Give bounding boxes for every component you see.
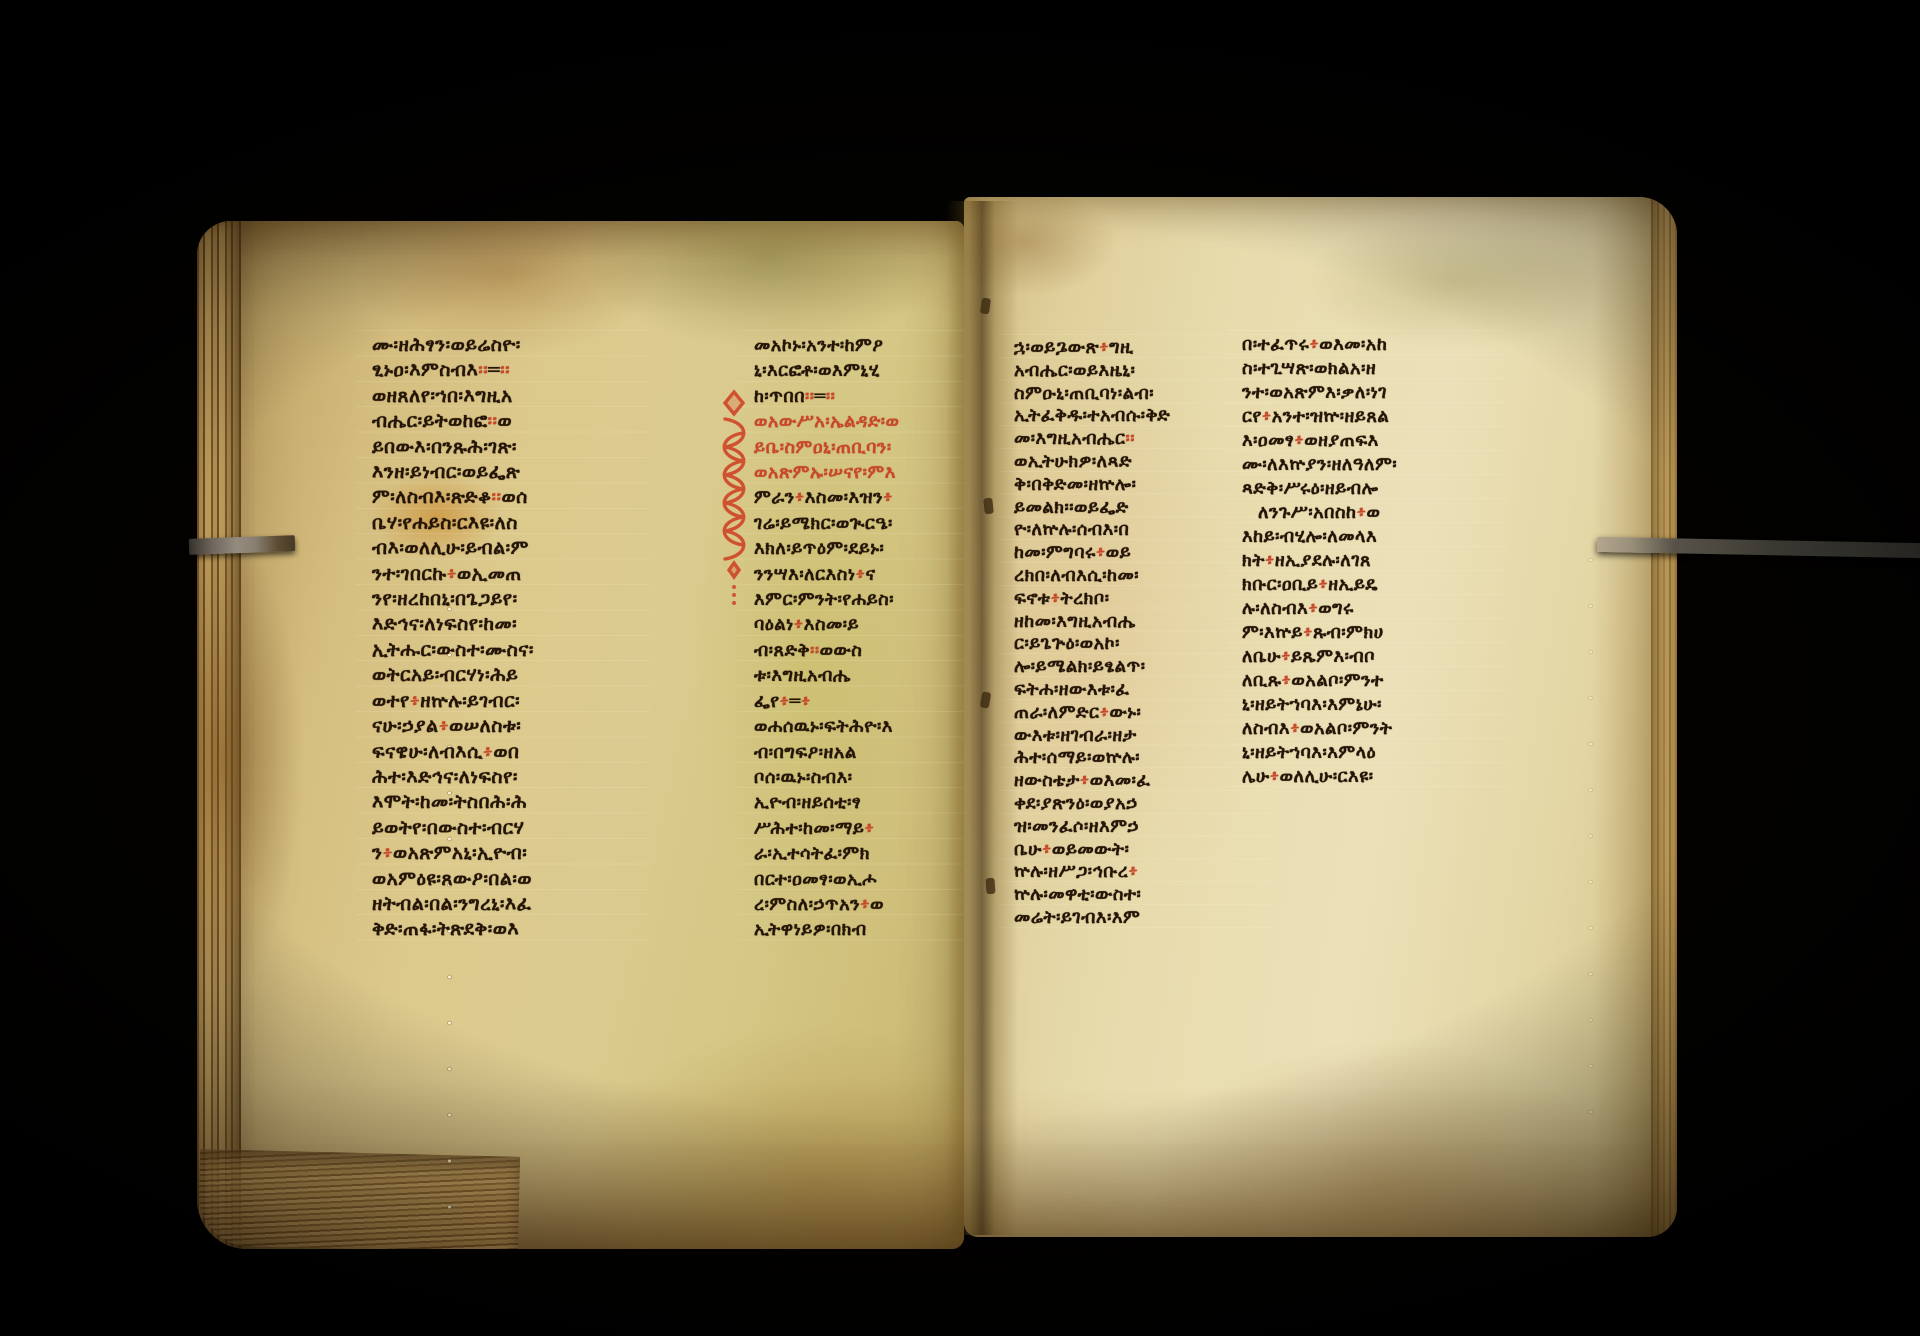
text-line: ሙ፡ለእኵያን፡ዘለዓለም፡	[1242, 453, 1490, 477]
text-column-left-2: መአኮኑ፡አንተ፡ከምዖኒ፡እርፎቶ፡ወእምኒሂከ፡ጥበበ፡፡═፡፡ወአውሥአ፡…	[754, 333, 964, 943]
text-line: ገሬ፡ይሜክር፡ወጒርዔ፡	[754, 511, 964, 536]
rubric-ink-text: ፥	[1303, 622, 1313, 643]
black-ink-text: ፍትሐ፡ዘውእቱ፡ፈ	[1014, 679, 1129, 700]
text-line: ኒ፡ዘይትኀባእ፡እምኔሁ፡	[1242, 693, 1490, 717]
rubric-ink-text: ፥	[483, 741, 494, 763]
black-ink-text: ጻድቅ፡ሥሩዕ፡ዘይብሎ	[1242, 478, 1378, 499]
text-line: ኒ፡ዘይትኀባእ፡እምላዕ	[1242, 741, 1490, 765]
rubric-ink-text: ፥	[1309, 334, 1319, 355]
text-line: በርተ፡ዐመፃ፡ወኢሖ	[754, 867, 964, 892]
text-line: ቱ፡እግዚአብሔ	[754, 663, 964, 688]
rubric-ink-text: ፡፡	[826, 386, 836, 407]
rubric-ink-text: ወአጽምኡ፡ሠናየ፡ምእ	[754, 462, 896, 483]
black-ink-text: ኒ፡ዘይትኀባእ፡እምላዕ	[1242, 742, 1376, 763]
black-ink-text: ወ	[1366, 502, 1380, 523]
text-line: ውእቱ፡ዘገብራ፡ዘታ	[1014, 725, 1256, 748]
rubric-ink-text: ፥	[860, 894, 870, 915]
text-line: ሕተ፡ሰማይ፡ወኵሉ፡	[1014, 747, 1256, 770]
black-ink-text: ም፡ለስብእ፡ጽድቆ	[372, 486, 491, 508]
right-page: ኋ፡ወይጔውጽ፥ግዚአብሔር፡ወይእዜኒ፡ስምዑኒ፡ጠቢባነ፡ልብ፡ኢትፈቅዱ፡…	[964, 197, 1677, 1237]
text-line: ይወትየ፡በውስተ፡ብርሃ	[372, 816, 634, 841]
rubric-ink-text: ፥	[883, 487, 893, 508]
black-ink-text: መሬት፡ይገብእ፡እም	[1014, 907, 1140, 928]
text-line: ከ፡ጥበበ፡፡═፡፡	[754, 384, 964, 409]
black-ink-text: ዝ፡መንፈሶ፡ዘእምኃ	[1014, 816, 1139, 837]
black-ink-text: ወኢትሁክዎ፡ለጻድ	[1014, 451, 1132, 472]
black-ink-text: ቤሁ	[1014, 839, 1042, 860]
black-ink-text: ና	[865, 564, 875, 585]
text-line: ኢዮብ፡ዘይሰቲ፡ፃ	[754, 790, 964, 815]
text-line: ወአምዕዩ፡ጸውዖ፡በል፡ወ	[372, 867, 634, 892]
black-ink-text: ይወትየ፡በውስተ፡ብርሃ	[372, 817, 524, 839]
black-ink-text: ወሐሰዉኑ፡ፍትሕዮ፡እ	[754, 716, 893, 737]
black-ink-text: ስ፡ተጊሣጽ፡ወክልአ፡ዘ	[1242, 358, 1376, 379]
black-ink-text: ዘኢይዴ	[1328, 574, 1378, 595]
text-line: ኢትፈቅዱ፡ተአብሱ፡ቅድ	[1014, 405, 1256, 428]
black-ink-text: ═	[488, 359, 500, 381]
text-line: ም፡እኵይ፥ጹብ፡ምክሀ	[1242, 621, 1490, 645]
text-line: ወትርአይ፡ብርሃነ፡ሕይ	[372, 663, 634, 688]
text-line: ቤሁ፥ወይመውት፡	[1014, 839, 1256, 862]
black-ink-text: ዘከመ፡እግዚአብሔ	[1014, 611, 1136, 632]
black-ink-text: እምር፡ምንት፡የሐይስ፡	[754, 589, 894, 610]
black-ink-text: ግዚ	[1109, 337, 1133, 358]
black-ink-text: ይበውእ፡በንጹሕ፡ገጽ፡	[372, 436, 517, 458]
black-ink-text: ፌየ	[754, 691, 780, 712]
black-ink-text: ═	[790, 691, 801, 712]
text-line: ቤሃ፡የሐይስ፡ርእዩ፡ለስ	[372, 511, 634, 536]
text-line: ሕተ፡እድኅና፡ለነፍስየ፡	[372, 765, 634, 790]
text-line: ጻድቅ፡ሥሩዕ፡ዘይብሎ	[1242, 477, 1490, 501]
text-line: ወኢትሁክዎ፡ለጻድ	[1014, 451, 1256, 474]
black-ink-text: እክለ፡ይጥዕም፡ደይኑ፡	[754, 538, 884, 559]
black-ink-text: ንተ፡ገበርኩ	[372, 563, 446, 585]
sewing-thread-mark	[985, 878, 995, 895]
black-ink-text: ሙ፡ለእኵያን፡ዘለዓለም፡	[1242, 454, 1397, 475]
text-line: ሙ፡ዘሕፃን፡ወይሬስዮ፡	[372, 333, 634, 358]
black-ink-text: ወ	[870, 894, 884, 915]
black-ink-text: እሞት፡ከመ፡ትስበሕ፡ሕ	[372, 791, 527, 813]
black-ink-text: ወእመ፡አከ	[1319, 334, 1387, 355]
rubric-ink-text: ይቤ፡ስምዐኒ፡ጠቢባን፡	[754, 437, 892, 458]
text-line: ስምዑኒ፡ጠቢባነ፡ልብ፡	[1014, 383, 1256, 406]
text-line: ንየ፡ዘረከበኒ፡በጌጋይየ፡	[372, 587, 634, 612]
text-line: ረ፡ምስለ፡ኃጥአን፥ወ	[754, 892, 964, 917]
text-line: ዘትብል፡በል፡ንግረኒ፡እፈ	[372, 892, 634, 917]
text-line: ራ፡ኢተሳትፈ፡ምክ	[754, 841, 964, 866]
red-chain-section-divider-ornament	[715, 389, 753, 609]
rubric-ink-text: ፥	[1281, 646, 1291, 667]
black-ink-text: ወውስ	[820, 640, 863, 661]
rubric-ink-text: ፥	[1099, 702, 1109, 723]
black-ink-text: ለቤሁ	[1242, 646, 1281, 667]
black-ink-text: እስመ፡ይ	[804, 614, 859, 635]
text-line: ንተ፡ወአጽምእ፡ቃለ፡ነገ	[1242, 381, 1490, 405]
black-ink-text: ብእ፡ወለሊሁ፡ይብል፡ም	[372, 537, 529, 559]
text-line: ለቤሁ፥ይጼምእ፡ብቦ	[1242, 645, 1490, 669]
rubric-ink-text: ወአውሥአ፡ኤልዳድ፡ወ	[754, 411, 899, 432]
black-ink-text: ዮ፡ለኵሉ፡ሰብእ፡በ	[1014, 519, 1129, 540]
black-ink-text: ወተየ	[372, 690, 410, 712]
text-line: እ፡ዐመፃ፥ወዘያጠፍእ	[1242, 429, 1490, 453]
rubric-ink-text: ፡፡	[500, 359, 510, 381]
black-ink-text: አብሔር፡ወይእዜኒ፡	[1014, 360, 1135, 381]
rubric-ink-text: ፥	[382, 842, 393, 864]
black-ink-text: ለስብእ	[1242, 718, 1290, 739]
black-ink-text: ፍኖቱ	[1014, 588, 1050, 609]
rubric-ink-text: ፥	[439, 715, 450, 737]
black-ink-text: ቅ፡በቅድመ፡ዘኵሎ፡	[1014, 474, 1136, 495]
rubric-ink-text: ፥	[1270, 766, 1280, 787]
black-ink-text: ፍናዌሁ፡ለብእሲ	[372, 741, 483, 763]
rubric-ink-text: ፡፡	[488, 410, 498, 432]
text-line: እንዘ፡ይነብር፡ወይፌጽ	[372, 460, 634, 485]
text-line: ሉ፡ለስብእ፥ወግሩ	[1242, 597, 1490, 621]
text-line: ዮ፡ለኵሉ፡ሰብእ፡በ	[1014, 519, 1256, 542]
text-line: ኢትዋነይዎ፡በክብ	[754, 917, 964, 942]
black-ink-text: ኒ፡እርፎቶ፡ወእምኒሂ	[754, 360, 880, 381]
black-ink-text: ምራን	[754, 487, 795, 508]
rubric-ink-text: ፥	[794, 614, 804, 635]
black-ink-text: ጠራ፡ለምድር	[1014, 702, 1099, 723]
left-page-stacked-fore-edge	[197, 221, 241, 1249]
black-ink-text: ሥሕተ፡ከመ፡ማይ	[754, 818, 864, 839]
black-ink-text: ር፡ይጌጕዕ፡ወአኮ፡	[1014, 633, 1120, 654]
black-ink-text: ቀደ፡ያጽንዕ፡ወያአኃ	[1014, 793, 1138, 814]
black-ink-text: ወለሊሁ፡ርእዩ፡	[1280, 766, 1374, 787]
black-ink-text: ረ፡ምስለ፡ኃጥአን	[754, 894, 860, 915]
photo-backdrop: ሙ፡ዘሕፃን፡ወይሬስዮ፡ፂኑዐ፡እምስብእ፡፡═፡፡ወዘጸለየ፡ኀበ፡እግዚአ…	[0, 0, 1920, 1336]
black-ink-text: ለንጉሥ፡አበስከ	[1258, 502, 1356, 523]
text-line: ንንሣእ፡ለርእስነ፥ና	[754, 562, 964, 587]
text-line: ረክበ፡ለብእሲ፡ከመ፡	[1014, 565, 1256, 588]
rubric-ink-text: ፥	[1080, 770, 1090, 791]
text-line: ፍትሐ፡ዘውእቱ፡ፈ	[1014, 679, 1256, 702]
rubric-ink-text: ፥	[1281, 670, 1291, 691]
black-ink-text: ሌሁ	[1242, 766, 1270, 787]
black-ink-text: ወአልቦ፡ምንተ	[1291, 670, 1383, 691]
rubric-ink-text: ፥	[1128, 861, 1138, 882]
text-line: ሥሕተ፡ከመ፡ማይ፥	[754, 816, 964, 841]
black-ink-text: ወ	[498, 410, 513, 432]
rubric-ink-text: ፥	[1265, 550, 1275, 571]
black-ink-text: ብሔር፡ይትወከፎ	[372, 410, 488, 432]
text-line: ኒ፡እርፎቶ፡ወእምኒሂ	[754, 358, 964, 383]
black-ink-text: ዘትብል፡በል፡ንግረኒ፡እፈ	[372, 893, 531, 915]
text-line: መአኮኑ፡አንተ፡ከምዖ	[754, 333, 964, 358]
right-page-fore-edge	[1651, 197, 1677, 1237]
black-ink-text: ናሁ፡ኃያል	[372, 715, 439, 737]
black-ink-text: ወዘያጠፍእ	[1304, 430, 1379, 451]
rubric-ink-text: ፥	[410, 690, 421, 712]
rubric-ink-text: ፥	[780, 691, 790, 712]
black-ink-text: ወይመውት፡	[1052, 839, 1129, 860]
black-ink-text: ብ፡ጸድቅ	[754, 640, 810, 661]
text-line: አብሔር፡ወይእዜኒ፡	[1014, 360, 1256, 383]
rubric-ink-text: ፥	[1042, 839, 1052, 860]
sewing-thread-mark	[983, 498, 994, 515]
text-line: ፂኑዐ፡እምስብእ፡፡═፡፡	[372, 358, 634, 383]
text-line: ብእ፡ወለሊሁ፡ይብል፡ም	[372, 536, 634, 561]
text-line: ቀደ፡ያጽንዕ፡ወያአኃ	[1014, 793, 1256, 816]
text-line: ኢትሑር፡ውስተ፡ሙስና፡	[372, 638, 634, 663]
black-ink-text: ወአጽምአኒ፡ኢዮብ፡	[393, 842, 527, 864]
text-line: ጠራ፡ለምድር፥ውኑ፡	[1014, 702, 1256, 725]
black-ink-text: ወግሩ	[1318, 598, 1354, 619]
black-ink-text: ጹብ፡ምክሀ	[1313, 622, 1384, 643]
black-ink-text: ብ፡በግፍዖ፡ዘአል	[754, 742, 857, 763]
black-ink-text: ቱ፡እግዚአብሔ	[754, 665, 851, 686]
rubric-ink-text: ፥	[1099, 337, 1109, 358]
black-ink-text: ንየ፡ዘረከበኒ፡በጌጋይየ፡	[372, 588, 518, 610]
rubric-ink-text: ፥	[1294, 430, 1304, 451]
black-ink-text: እስመ፡እዝን	[805, 487, 883, 508]
black-ink-text: ን	[372, 842, 382, 864]
black-ink-text: በርተ፡ዐመፃ፡ወኢሖ	[754, 869, 877, 890]
rubric-ink-text: ፡፡	[810, 640, 820, 661]
black-ink-text: ወእመ፡ፈ	[1090, 770, 1151, 791]
rubric-ink-text: ፥	[1308, 598, 1318, 619]
black-ink-text: ወአምዕዩ፡ጸውዖ፡በል፡ወ	[372, 868, 532, 890]
black-ink-text: ርየ	[1242, 406, 1262, 427]
text-line: ፍናዌሁ፡ለብእሲ፥ወበ	[372, 740, 634, 765]
text-line: ለንጉሥ፡አበስከ፥ወ	[1258, 501, 1490, 525]
black-ink-text: ኵሉ፡ዘሥጋ፡ኅቡረ	[1014, 861, 1128, 882]
left-page: ሙ፡ዘሕፃን፡ወይሬስዮ፡ፂኑዐ፡እምስብእ፡፡═፡፡ወዘጸለየ፡ኀበ፡እግዚአ…	[197, 221, 964, 1249]
black-ink-text: ቤሃ፡የሐይስ፡ርእዩ፡ለስ	[372, 512, 518, 534]
black-ink-text: ዘኵሉ፡ይገብር፡	[420, 690, 520, 712]
black-ink-text: ኢዮብ፡ዘይሰቲ፡ፃ	[754, 792, 861, 813]
text-line: ፍኖቱ፥ትረክቦ፡	[1014, 588, 1256, 611]
black-ink-text: ሕተ፡ሰማይ፡ወኵሉ፡	[1014, 747, 1140, 768]
text-line: ብ፡በግፍዖ፡ዘአል	[754, 740, 964, 765]
text-line: ኵሉ፡ዘሥጋ፡ኅቡረ፥	[1014, 861, 1256, 884]
text-line: እክለ፡ይጥዕም፡ደይኑ፡	[754, 536, 964, 561]
text-line: ክቡር፡ዐቢይ፥ዘኢይዴ	[1242, 573, 1490, 597]
text-column-left-1: ሙ፡ዘሕፃን፡ወይሬስዮ፡ፂኑዐ፡እምስብእ፡፡═፡፡ወዘጸለየ፡ኀበ፡እግዚአ…	[372, 333, 634, 943]
rubric-ink-text: ፥	[1096, 542, 1106, 563]
text-line: ፌየ፥═፥	[754, 689, 964, 714]
text-line: ባዕልነ፥እስመ፡ይ	[754, 612, 964, 637]
black-ink-text: ለቢጹ	[1242, 670, 1281, 691]
black-ink-text: ወበ	[493, 741, 519, 763]
text-line: ስ፡ተጊሣጽ፡ወክልአ፡ዘ	[1242, 357, 1490, 381]
black-ink-text: ዘውስቴታ	[1014, 770, 1080, 791]
black-ink-text: ከ፡ጥበበ	[754, 386, 805, 407]
text-column-right-2: በ፡ተፈጥሩ፥ወእመ፡አከስ፡ተጊሣጽ፡ወክልአ፡ዘንተ፡ወአጽምእ፡ቃለ፡ነገ…	[1242, 333, 1490, 789]
text-line: ኵሉ፡መዋቲ፡ውስተ፡	[1014, 884, 1256, 907]
text-line: መ፡እግዚአብሔር፡፡	[1014, 428, 1256, 451]
text-line: ይቤ፡ስምዐኒ፡ጠቢባን፡	[754, 435, 964, 460]
black-ink-text: ወአልቦ፡ምንት	[1300, 718, 1392, 739]
text-line: ቅድ፡ጠፋ፡ትጽደቅ፡ወእ	[372, 917, 634, 942]
rubric-ink-text: ፥	[1290, 718, 1300, 739]
text-line: ር፡ይጌጕዕ፡ወአኮ፡	[1014, 633, 1256, 656]
rubric-ink-text: ፡፡	[478, 359, 488, 381]
black-ink-text: ወትርአይ፡ብርሃነ፡ሕይ	[372, 664, 518, 686]
text-line: ወዘጸለየ፡ኀበ፡እግዚአ	[372, 384, 634, 409]
text-line: ለስብእ፥ወአልቦ፡ምንት	[1242, 717, 1490, 741]
black-ink-text: ከመ፡ምግባሩ	[1014, 542, 1096, 563]
rubric-ink-text: ፡፡	[491, 486, 501, 508]
text-line: ናሁ፡ኃያል፥ወሠለስቱ፡	[372, 714, 634, 739]
rubric-ink-text: ፡፡	[805, 386, 815, 407]
black-ink-text: እድኅና፡ለነፍስየ፡ከመ፡	[372, 613, 517, 635]
black-ink-text: ትረክቦ፡	[1060, 588, 1109, 609]
text-line: ወሐሰዉኑ፡ፍትሕዮ፡እ	[754, 714, 964, 739]
text-line: ይበውእ፡በንጹሕ፡ገጽ፡	[372, 435, 634, 460]
text-line: ክት፥ዘኢያደሉ፡ለገጸ	[1242, 549, 1490, 573]
black-ink-text: እ፡ዐመፃ	[1242, 430, 1294, 451]
rubric-ink-text: ፥	[1262, 406, 1272, 427]
black-ink-text: ዘኢያደሉ፡ለገጸ	[1275, 550, 1371, 571]
text-line: እሞት፡ከመ፡ትስበሕ፡ሕ	[372, 790, 634, 815]
text-line: በ፡ተፈጥሩ፥ወእመ፡አከ	[1242, 333, 1490, 357]
black-ink-text: ም፡እኵይ	[1242, 622, 1303, 643]
rubric-ink-text: ፥	[864, 818, 874, 839]
black-ink-text: መአኮኑ፡አንተ፡ከምዖ	[754, 335, 883, 356]
black-ink-text: ወሰ	[501, 486, 527, 508]
black-ink-text: ወዘጸለየ፡ኀበ፡እግዚአ	[372, 385, 513, 407]
text-line: ብሔር፡ይትወከፎ፡፡ወ	[372, 409, 634, 434]
text-line: ወአውሥአ፡ኤልዳድ፡ወ	[754, 409, 964, 434]
black-ink-text: ውእቱ፡ዘገብራ፡ዘታ	[1014, 725, 1137, 746]
black-ink-text: ንንሣእ፡ለርእስነ	[754, 564, 855, 585]
text-line: ን፥ወአጽምአኒ፡ኢዮብ፡	[372, 841, 634, 866]
text-line: እድኅና፡ለነፍስየ፡ከመ፡	[372, 612, 634, 637]
rubric-ink-text: ፥	[1050, 588, 1060, 609]
rubric-ink-text: ፥	[855, 564, 865, 585]
black-ink-text: ወይ	[1106, 542, 1131, 563]
black-ink-text: ራ፡ኢተሳትፈ፡ምክ	[754, 843, 870, 864]
black-ink-text: እንዘ፡ይነብር፡ወይፌጽ	[372, 461, 520, 483]
text-line: ርየ፥አንተ፡ዝኵ፡ዘይጸል	[1242, 405, 1490, 429]
text-line: ይመልክ፡፡ወይፌድ	[1014, 497, 1256, 520]
text-line: ዝ፡መንፈሶ፡ዘእምኃ	[1014, 816, 1256, 839]
text-line: ምራን፥እስመ፡እዝን፥	[754, 485, 964, 510]
text-line: መሬት፡ይገብእ፡እም	[1014, 907, 1256, 930]
black-ink-text: ሉ፡ለስብእ	[1242, 598, 1308, 619]
black-ink-text: ባዕልነ	[754, 614, 794, 635]
text-line: ቦሰ፡ዉኑ፡ስብእ፡	[754, 765, 964, 790]
black-ink-text: ኒ፡ዘይትኀባእ፡እምኔሁ፡	[1242, 694, 1382, 715]
black-ink-text: ወኢመጠ	[457, 563, 522, 585]
black-ink-text: ንተ፡ወአጽምእ፡ቃለ፡ነገ	[1242, 382, 1387, 403]
pinprick-ruling-holes-right	[1588, 557, 1593, 1117]
black-ink-text: ሕተ፡እድኅና፡ለነፍስየ፡	[372, 766, 518, 788]
text-line: ወተየ፥ዘኵሉ፡ይገብር፡	[372, 689, 634, 714]
black-ink-text: ገሬ፡ይሜክር፡ወጒርዔ፡	[754, 513, 893, 534]
rubric-ink-text: ፥	[446, 563, 457, 585]
black-ink-text: ክት	[1242, 550, 1265, 571]
black-ink-text: በ፡ተፈጥሩ	[1242, 334, 1309, 355]
black-ink-text: ቦሰ፡ዉኑ፡ስብእ፡	[754, 767, 853, 788]
black-ink-text: ኢትፈቅዱ፡ተአብሱ፡ቅድ	[1014, 405, 1170, 426]
text-line: ከመ፡ምግባሩ፥ወይ	[1014, 542, 1256, 565]
black-ink-text: ኋ፡ወይጔውጽ	[1014, 337, 1099, 358]
text-line: ለቢጹ፥ወአልቦ፡ምንተ	[1242, 669, 1490, 693]
black-ink-text: ቅድ፡ጠፋ፡ትጽደቅ፡ወእ	[372, 918, 519, 940]
text-column-right-1: ኋ፡ወይጔውጽ፥ግዚአብሔር፡ወይእዜኒ፡ስምዑኒ፡ጠቢባነ፡ልብ፡ኢትፈቅዱ፡…	[1014, 337, 1256, 930]
black-ink-text: ኢትዋነይዎ፡በክብ	[754, 919, 867, 940]
black-ink-text: መ፡እግዚአብሔር	[1014, 428, 1125, 449]
rubric-ink-text: ፥	[801, 691, 811, 712]
black-ink-text: ይጼምእ፡ብቦ	[1291, 646, 1375, 667]
black-ink-text: ወሠለስቱ፡	[449, 715, 521, 737]
black-ink-text: ይመልክ፡፡ወይፌድ	[1014, 497, 1129, 518]
black-ink-text: ሙ፡ዘሕፃን፡ወይሬስዮ፡	[372, 334, 521, 356]
text-line: ንተ፡ገበርኩ፥ወኢመጠ	[372, 562, 634, 587]
black-ink-text: ረክበ፡ለብእሲ፡ከመ፡	[1014, 565, 1139, 586]
black-ink-text: ═	[815, 386, 826, 407]
text-line: ኋ፡ወይጔውጽ፥ግዚ	[1014, 337, 1256, 360]
black-ink-text: አንተ፡ዝኵ፡ዘይጸል	[1272, 406, 1390, 427]
black-ink-text: ሎ፡ይሜልክ፡ይፄልጥ፡	[1014, 656, 1145, 677]
text-line: እምር፡ምንት፡የሐይስ፡	[754, 587, 964, 612]
black-ink-text: ፂኑዐ፡እምስብእ	[372, 359, 478, 381]
text-line: ሎ፡ይሜልክ፡ይፄልጥ፡	[1014, 656, 1256, 679]
rubric-ink-text: ፥	[1356, 502, 1366, 523]
black-ink-text: ውኑ፡	[1109, 702, 1141, 723]
rubric-ink-text: ፥	[795, 487, 805, 508]
black-ink-text: ስምዑኒ፡ጠቢባነ፡ልብ፡	[1014, 383, 1154, 404]
text-line: ብ፡ጸድቅ፡፡ወውስ	[754, 638, 964, 663]
black-ink-text: ክቡር፡ዐቢይ	[1242, 574, 1318, 595]
text-line: ም፡ለስብእ፡ጽድቆ፡፡ወሰ	[372, 485, 634, 510]
text-line: ዘውስቴታ፥ወእመ፡ፈ	[1014, 770, 1256, 793]
black-ink-text: ኵሉ፡መዋቲ፡ውስተ፡	[1014, 884, 1141, 905]
rubric-ink-text: ፡፡	[1125, 428, 1135, 449]
text-line: እከይ፡ብሂሎ፡ለመላእ	[1242, 525, 1490, 549]
black-ink-text: እከይ፡ብሂሎ፡ለመላእ	[1242, 526, 1377, 547]
text-line: ወአጽምኡ፡ሠናየ፡ምእ	[754, 460, 964, 485]
left-page-bottom-edge-stack	[198, 1149, 520, 1249]
rubric-ink-text: ፥	[1318, 574, 1328, 595]
text-line: ቅ፡በቅድመ፡ዘኵሎ፡	[1014, 474, 1256, 497]
text-line: ዘከመ፡እግዚአብሔ	[1014, 611, 1256, 634]
black-ink-text: ኢትሑር፡ውስተ፡ሙስና፡	[372, 639, 534, 661]
text-line: ሌሁ፥ወለሊሁ፡ርእዩ፡	[1242, 765, 1490, 789]
